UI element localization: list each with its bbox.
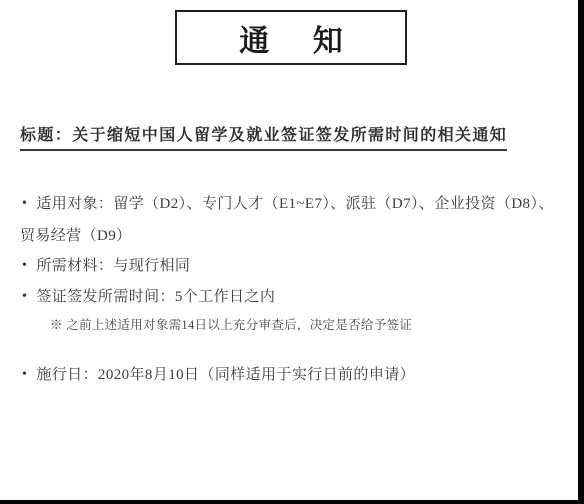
notice-title-box: 通 知 — [175, 10, 407, 65]
bullet-text-applicable-continued: 贸易经营（D9） — [20, 226, 132, 246]
bullet-text-materials: 所需材料：与现行相同 — [36, 256, 190, 276]
bullet-icon: • — [22, 287, 27, 307]
note-text: ※ 之前上述适用对象需14日以上充分审查后，决定是否给予签证 — [50, 317, 412, 334]
bullet-icon: • — [22, 365, 27, 385]
bullet-item-effective-date: • 施行日：2020年8月10日（同样适用于实行日前的申请） — [22, 365, 415, 386]
bullet-icon: • — [22, 194, 27, 214]
photo-edge-bottom — [0, 500, 584, 504]
bullet-item-materials: • 所需材料：与现行相同 — [22, 256, 190, 277]
bullet-item-processing-time: • 签证签发所需时间：5个工作日之内 — [22, 287, 275, 308]
bullet-icon: • — [22, 256, 27, 276]
bullet-text-effective-date: 施行日：2020年8月10日（同样适用于实行日前的申请） — [36, 365, 415, 385]
notice-title: 通 知 — [221, 16, 361, 60]
photo-edge-right — [578, 0, 584, 504]
bullet-text-processing-time: 签证签发所需时间：5个工作日之内 — [36, 287, 275, 307]
notice-document: 通 知 标题：关于缩短中国人留学及就业签证签发所需时间的相关通知 • 适用对象：… — [0, 0, 584, 504]
bullet-item-applicable: • 适用对象：留学（D2）、专门人才（E1~E7）、派驻（D7）、企业投资（D8… — [22, 194, 554, 215]
bullet-text-applicable: 适用对象：留学（D2）、专门人才（E1~E7）、派驻（D7）、企业投资（D8）、 — [36, 194, 553, 214]
notice-heading: 标题：关于缩短中国人留学及就业签证签发所需时间的相关通知 — [20, 122, 507, 151]
